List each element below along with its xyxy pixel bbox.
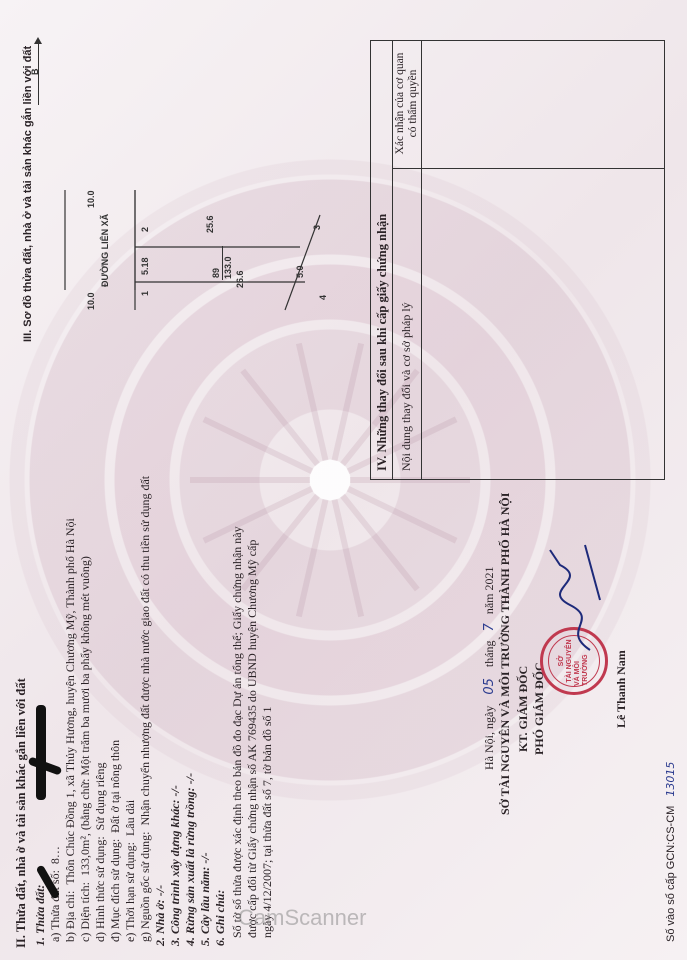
item-6-note-heading: 6. Ghi chú:: [213, 890, 228, 946]
detail-value: 8…: [48, 846, 62, 864]
section-3-heading: III. Sơ đồ thửa đất, nhà ở và tài sản kh…: [22, 46, 34, 342]
detail-label: đ) Mục đích sử dụng:: [108, 839, 122, 942]
note-line-1: Số tờ số thửa được xác định theo bản đồ …: [230, 526, 245, 938]
date-prefix: Hà Nội, ngày: [482, 706, 496, 770]
registry-value: 13015: [664, 762, 677, 797]
signer-name: Lê Thanh Nam: [614, 650, 629, 728]
section-2-heading: II. Thửa đất, nhà ở và tài sản khác gắn …: [14, 678, 29, 948]
parcel-detail-item: g) Nguồn gốc sử dụng:Nhận chuyển nhượng …: [138, 476, 153, 942]
handwritten-signature: [530, 540, 620, 660]
road-width-top: 10.0: [86, 190, 96, 208]
parcel-diagram: [55, 0, 345, 340]
north-arrow-label: B: [30, 69, 40, 76]
col2-line2: có thẩm quyền: [407, 46, 420, 161]
item-4-forest: 4. Rừng sản xuất là rừng trồng: -/-: [183, 773, 198, 946]
detail-value: Lâu dài: [123, 800, 137, 836]
detail-value: Thôn Chúc Đồng 1, xã Thủy Hương, huyện C…: [63, 518, 77, 885]
item-3-other-construction: 3. Công trình xây dựng khác: -/-: [168, 785, 183, 946]
date-month: 7: [482, 623, 497, 631]
detail-label: d) Hình thức sử dụng:: [93, 836, 107, 942]
detail-label: c) Diện tích:: [78, 882, 92, 942]
edge-right: 5.0: [295, 265, 305, 278]
road-label: ĐƯỜNG LIÊN XÃ: [100, 214, 110, 287]
issuing-authority: SỞ TÀI NGUYÊN VÀ MÔI TRƯỜNG THÀNH PHỐ HÀ…: [498, 493, 513, 815]
table-divider: [393, 168, 664, 169]
edge-bottom: 26.6: [235, 270, 245, 288]
parcel-detail-item: b) Địa chỉ:Thôn Chúc Đồng 1, xã Thủy Hươ…: [63, 518, 78, 942]
edge-left: 5.18: [140, 257, 150, 275]
detail-label: e) Thời hạn sử dụng:: [123, 842, 137, 942]
camscanner-watermark: CamScanner: [238, 905, 366, 931]
detail-value: Đất ở tại nông thôn: [108, 740, 122, 833]
detail-value: Nhận chuyển nhượng đất được nhà nước gia…: [138, 476, 152, 826]
point-1: 1: [140, 291, 150, 296]
column-authority-confirmation: Xác nhận của cơ quan có thẩm quyền: [394, 46, 420, 161]
edge-top: 25.6: [205, 215, 215, 233]
detail-label: g) Nguồn gốc sử dụng:: [138, 832, 152, 943]
item-5-perennial: 5. Cây lâu năm: -/-: [198, 852, 213, 946]
detail-label: b) Địa chỉ:: [63, 891, 77, 942]
changes-table: IV. Những thay đổi sau khi cấp giấy chứn…: [370, 40, 665, 480]
detail-value: Sử dụng riêng: [93, 762, 107, 830]
column-changes-content: Nội dung thay đổi và cơ sở pháp lý: [399, 302, 414, 471]
note-line-2: được cấp đổi từ Giấy chứng nhận số AK 76…: [245, 540, 260, 938]
parcel-detail-item: c) Diện tích:133,0m², (bằng chữ: Một tră…: [78, 556, 93, 942]
registry-label: Số vào sổ cấp GCN:CS-CM: [665, 806, 677, 942]
parcel-detail-item: đ) Mục đích sử dụng:Đất ở tại nông thôn: [108, 740, 123, 942]
date-year: năm 2021: [482, 567, 496, 615]
date-month-word: tháng: [482, 640, 496, 667]
changes-table-header-row: Nội dung thay đổi và cơ sở pháp lý Xác n…: [393, 41, 422, 479]
date-day: 05: [482, 678, 497, 695]
item-2-house: 2. Nhà ở: -/-: [153, 885, 168, 946]
point-4: 4: [318, 295, 328, 300]
signer-role-1: KT. GIÁM ĐỐC: [516, 666, 531, 752]
parcel-detail-item: d) Hình thức sử dụng:Sử dụng riêng: [93, 762, 108, 942]
col2-line1: Xác nhận của cơ quan: [394, 46, 407, 161]
section-2-sub1: 1. Thửa đất:: [33, 884, 48, 946]
detail-value: 133,0m², (bằng chữ: Một trăm ba mươi ba …: [78, 556, 92, 876]
north-arrow-head-icon: [34, 37, 42, 44]
changes-table-heading: IV. Những thay đổi sau khi cấp giấy chứn…: [371, 41, 393, 479]
parcel-area: 133.0: [223, 256, 233, 279]
registry-number: Số vào sổ cấp GCN:CS-CM 13015: [664, 762, 677, 942]
point-2: 2: [140, 227, 150, 232]
issue-date: Hà Nội, ngày 05 tháng 7 năm 2021: [482, 567, 497, 771]
parcel-number: 89: [211, 268, 221, 278]
road-width-bottom: 10.0: [86, 292, 96, 310]
note-line-3: ngày 4/12/2007; tại thửa đất số 7, tờ bả…: [260, 707, 275, 939]
parcel-detail-item: e) Thời hạn sử dụng:Lâu dài: [123, 800, 138, 942]
point-3: 3: [312, 225, 322, 230]
redaction-mark: [36, 705, 46, 800]
certificate-page: II. Thửa đất, nhà ở và tài sản khác gắn …: [0, 0, 687, 960]
